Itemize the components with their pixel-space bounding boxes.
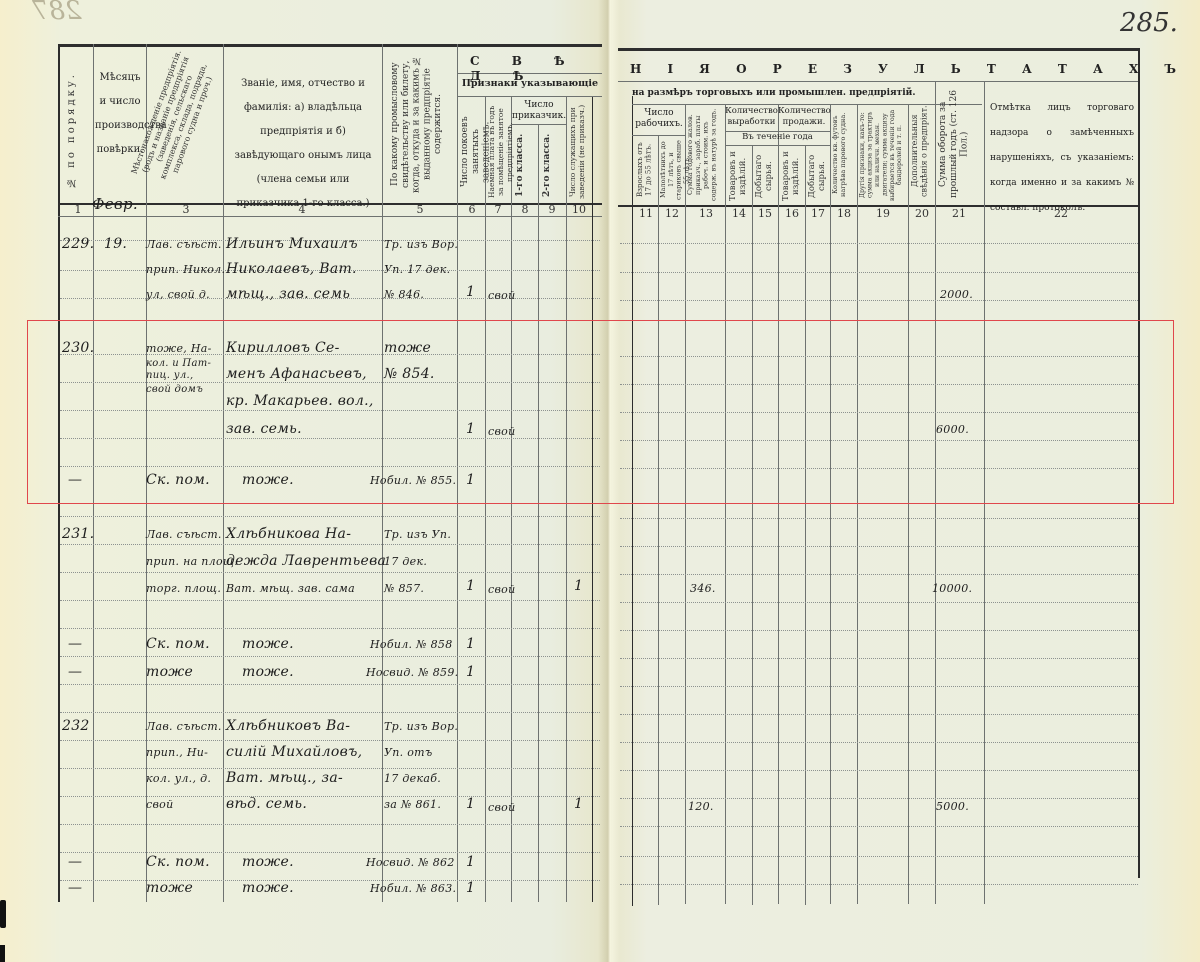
record-license: № 857. — [384, 582, 424, 595]
header-col-10: Число служащихъ при заведеніи (не приказ… — [568, 104, 591, 200]
record-rooms: 1 — [466, 636, 475, 652]
record-place: тоже — [146, 880, 193, 896]
record-rooms: 1 — [466, 880, 475, 896]
header-rule — [618, 81, 1138, 82]
record-place: прип. на площ. — [146, 555, 238, 568]
record-place: прип. Никол. — [146, 263, 225, 276]
record-owner: Ильинъ Михаилъ — [226, 236, 358, 252]
header-col-15: Добытаго сырья. — [754, 150, 776, 202]
record-license: Тр. изъ Вор. — [384, 720, 458, 733]
record-place: прип., Ни- — [146, 746, 208, 759]
group-workers: Число рабочихъ. — [634, 108, 684, 131]
record-servants: 1 — [574, 796, 583, 812]
header-rule — [457, 96, 602, 97]
record-wages: 346. — [690, 582, 716, 595]
record-owner: Хлѣбникова На- — [226, 526, 351, 542]
record-license: Носвид. № 862 — [366, 856, 455, 869]
group-sales: Количество продажи. — [778, 106, 830, 127]
header-col-22: Отмѣтка лицъ торговаго надзора о замѣчен… — [990, 96, 1134, 221]
col-divider — [857, 104, 858, 904]
record-license: Нобил. № 858 — [370, 638, 453, 651]
binding-clip — [0, 900, 6, 928]
header-col-12: Малолѣтнихъ до 17 лѣтъ, и стариковъ свыш… — [660, 138, 684, 202]
colnum-19: 19 — [872, 207, 894, 220]
record-owner: Ват. мѣщ., за- — [226, 770, 343, 786]
record-no: — — [68, 636, 82, 652]
record-license: Уп. 17 дек. — [384, 263, 450, 276]
header-col-5: По какому промысловому свидѣтельству или… — [390, 52, 452, 197]
header-rule — [632, 135, 685, 136]
header-col-20: Дополнительныя свѣдѣнія о предпріят. — [910, 100, 934, 202]
colnum-20: 20 — [911, 207, 933, 220]
colnum-1: 1 — [68, 203, 88, 216]
record-owner: мѣщ., зав. семь — [226, 286, 350, 302]
colnum-4: 4 — [292, 203, 312, 216]
record-license: Тр. изъ Вор. — [384, 238, 458, 251]
group-year: Въ теченіе года — [725, 132, 830, 143]
col-divider — [805, 145, 806, 905]
record-owner: тоже. — [242, 880, 294, 896]
record-no: — — [68, 854, 82, 870]
page-number: 285. — [1120, 8, 1178, 38]
record-place: ул, свой д. — [146, 288, 210, 301]
colnum-6: 6 — [462, 203, 482, 216]
colnum-22: 22 — [1050, 207, 1072, 220]
record-place: свой — [146, 798, 173, 811]
col-divider — [778, 104, 779, 904]
header-col-1: № по порядку. — [66, 66, 88, 194]
record-owner: вѣд. семь. — [226, 796, 307, 812]
record-rooms: 1 — [466, 796, 475, 812]
colnum-12: 12 — [661, 207, 683, 220]
record-license: Уп. отъ — [384, 746, 433, 759]
record-owner: тоже. — [242, 636, 294, 652]
colnum-9: 9 — [542, 203, 562, 216]
header-col-19: Другія признаки, какъ-то: сумма акциза з… — [859, 108, 907, 202]
table-top-border-left — [58, 44, 602, 47]
record-owner: Хлѣбниковъ Ва- — [226, 718, 350, 734]
colnum-18: 18 — [833, 207, 855, 220]
group-size: на размѣръ торговыхъ или промышлен. пред… — [632, 88, 932, 99]
record-owner: силій Михайловъ, — [226, 744, 362, 760]
record-day: 19. — [104, 236, 127, 252]
record-rent: свой — [488, 289, 515, 302]
table-top-border-right — [618, 48, 1138, 51]
col-divider — [908, 104, 909, 904]
record-license: Нобил. № 863. — [370, 882, 456, 895]
colnum-7: 7 — [488, 203, 508, 216]
colnum-8: 8 — [515, 203, 535, 216]
colnum-13: 13 — [695, 207, 717, 220]
record-license: за № 861. — [384, 798, 441, 811]
col-divider — [752, 145, 753, 905]
colnum-21: 21 — [948, 207, 970, 220]
record-license: Носвид. № 859. — [366, 666, 458, 679]
col-divider — [658, 135, 659, 905]
record-rooms: 1 — [466, 854, 475, 870]
record-place: тоже — [146, 664, 193, 680]
group-clerks: Число приказчик. — [512, 100, 566, 123]
record-license: 17 дек. — [384, 555, 427, 568]
colnum-10: 10 — [568, 203, 590, 216]
header-col-9: 2-го класса. — [542, 130, 562, 200]
record-rooms: 1 — [466, 284, 475, 300]
record-no: — — [68, 880, 82, 896]
header-col-6: Число покоевъ занятыхъ заведеніемъ. — [460, 104, 484, 200]
record-turnover: 2000. — [940, 288, 973, 301]
group-signs: Признаки указывающіе — [458, 78, 602, 90]
record-rent: свой — [488, 583, 515, 596]
section-title-part1: Н І Я О Р Е З У Л Ь Т А Т А Х Ъ — [630, 62, 1187, 76]
record-servants: 1 — [574, 578, 583, 594]
col-divider — [725, 104, 726, 904]
month-handwritten: Февр. — [92, 195, 138, 213]
record-place: кол. ул., д. — [146, 772, 211, 785]
record-owner: тоже. — [242, 664, 294, 680]
header-col-17: Добытаго сырья. — [807, 150, 829, 202]
header-col-8: 1-го класса. — [515, 130, 535, 200]
record-rooms: 1 — [466, 664, 475, 680]
record-highlight-box — [27, 320, 1174, 504]
colnum-17: 17 — [807, 207, 829, 220]
record-place: Лав. съѣст. — [146, 720, 222, 733]
record-owner: Ват. мѣщ. зав. сама — [226, 582, 355, 595]
colnum-15: 15 — [754, 207, 776, 220]
colnum-16: 16 — [781, 207, 803, 220]
header-col-4: Званіе, имя, отчество и фамилія: а) влад… — [228, 72, 378, 216]
colnum-rule-left — [58, 216, 602, 217]
header-col-18: Количество кв. футовъ нагрѣва парового с… — [832, 108, 856, 202]
record-turnover: 5000. — [936, 800, 969, 813]
record-license: 17 декаб. — [384, 772, 441, 785]
colnum-11: 11 — [636, 207, 656, 220]
record-place: Лав. съѣст. — [146, 238, 222, 251]
record-place: Лав. съѣст. — [146, 528, 222, 541]
record-owner: тоже. — [242, 854, 294, 870]
record-rent: свой — [488, 801, 515, 814]
col-divider — [830, 104, 831, 904]
record-no: — — [68, 664, 82, 680]
record-no: 232 — [62, 718, 90, 734]
binding-clip — [0, 945, 5, 962]
record-no: 231. — [62, 526, 94, 542]
header-col-14: Товаровъ и издѣлій. — [728, 150, 750, 202]
faint-page-number: 287 — [32, 0, 82, 26]
section-title-right: Н І Я О Р Е З У Л Ь Т А Т А Х Ъ П О В Ѣ … — [630, 62, 1150, 77]
record-license: Тр. изъ Уп. — [384, 528, 451, 541]
colnum-3: 3 — [176, 203, 196, 216]
header-col-13: Сумма годового жалов. приказч., зараб. п… — [687, 108, 723, 202]
header-col-7: Наемная плата въ годъ за помѣщеніе занят… — [487, 104, 510, 200]
colnum-5: 5 — [410, 203, 430, 216]
header-rule — [725, 145, 830, 146]
header-col-11: Взрослыхъ отъ 17 до 55 лѣтъ. — [636, 138, 656, 202]
header-col-16: Товаровъ и издѣлій. — [781, 150, 803, 202]
record-place: торг. площ. — [146, 582, 221, 595]
header-col-21: Сумма оборота за прошлый годъ (ст. 126 П… — [938, 86, 982, 202]
header-rule — [511, 124, 566, 125]
col-divider — [685, 104, 686, 904]
record-owner: дежда Лаврентьева — [226, 553, 386, 569]
record-rooms: 1 — [466, 578, 475, 594]
record-owner: Николаевъ, Ват. — [226, 261, 357, 277]
record-no: 229. — [62, 236, 94, 252]
record-place: Ск. пом. — [146, 636, 210, 652]
colnum-14: 14 — [728, 207, 750, 220]
record-license: № 846. — [384, 288, 424, 301]
record-turnover: 10000. — [932, 582, 972, 595]
record-wages: 120. — [688, 800, 714, 813]
record-place: Ск. пом. — [146, 854, 210, 870]
group-output: Количество выработки — [725, 106, 778, 127]
